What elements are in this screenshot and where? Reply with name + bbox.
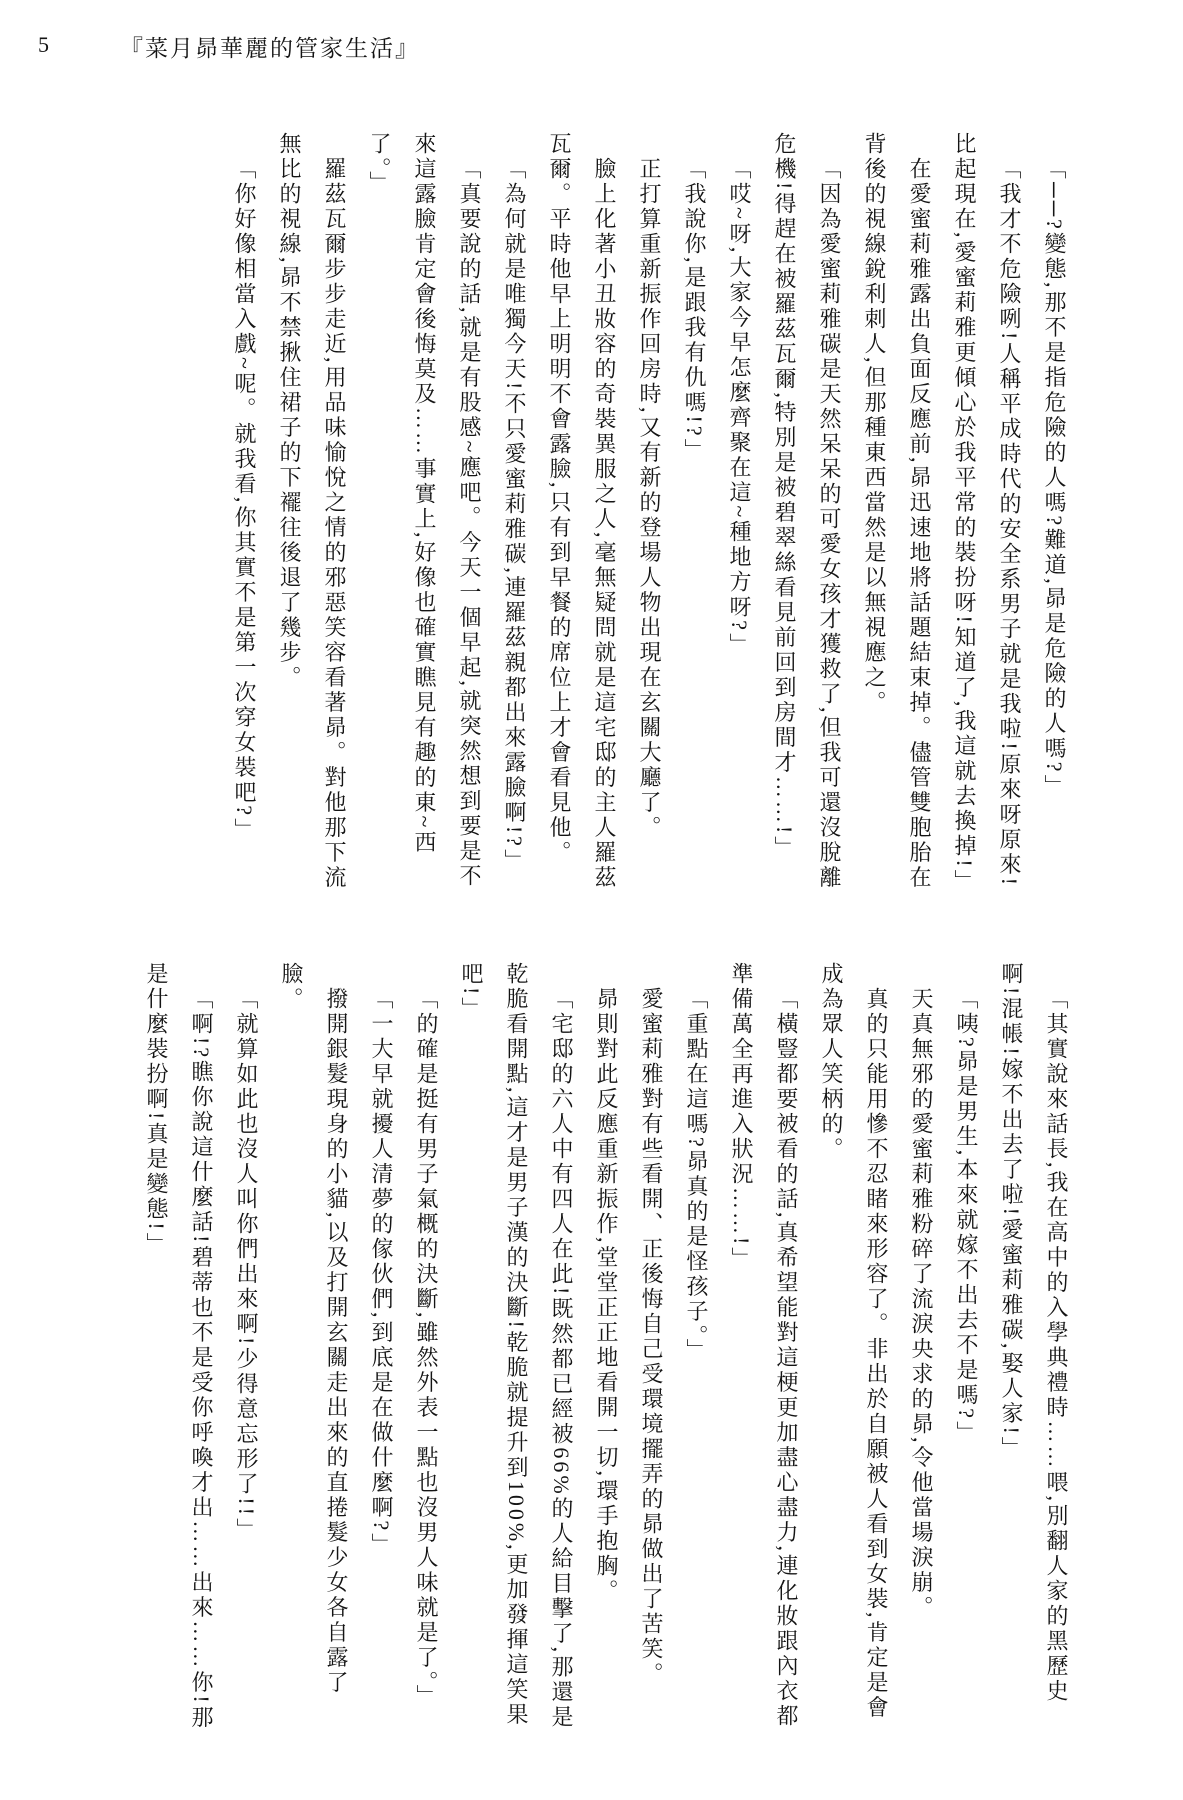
novel-paragraph: 「一大早就擾人清夢的傢伙們,到底是在做什麼啊?」 — [359, 962, 404, 1734]
page-number: 5 — [38, 32, 50, 58]
novel-paragraph: 「我才不危險咧!人稱平成時代的安全系男子就是我啦!原來呀原來!比起現在,愛蜜莉雅… — [942, 132, 1032, 902]
novel-paragraph: 「宅邸的六人中有四人在此!既然都已經被66%的人給目擊了,那還是乾脆看開點,這才… — [449, 962, 584, 1734]
text-block-bottom: 「其實說來話長,我在高中的入學典禮時……喂,別翻人家的黑歷史啊!混帳!嫁不出去了… — [129, 962, 1079, 1734]
novel-paragraph: 「其實說來話長,我在高中的入學典禮時……喂,別翻人家的黑歷史啊!混帳!嫁不出去了… — [989, 962, 1079, 1734]
novel-paragraph: 愛蜜莉雅對有些看開、正後悔自己受環境擺弄的昴做出了苦笑。 — [629, 962, 674, 1734]
novel-paragraph: 「為何就是唯獨今天!不只愛蜜莉雅碳,連羅茲親都出來露臉啊!?」 — [492, 132, 537, 902]
novel-paragraph: 「就算如此也沒人叫你們出來啊!少得意忘形了!!」 — [224, 962, 269, 1734]
novel-paragraph: 「的確是挺有男子氣概的決斷,雖然外表一點也沒男人味就是了。」 — [404, 962, 449, 1734]
novel-paragraph: 「哎~呀,大家今早怎麼齊聚在這~種地方呀?」 — [717, 132, 762, 902]
novel-paragraph: 在愛蜜莉雅露出負面反應前,昴迅速地將話題結束掉。儘管雙胞胎在背後的視線銳利刺人,… — [852, 132, 942, 902]
novel-paragraph: 「咦?昴是男生,本來就嫁不出去不是嗎?」 — [944, 962, 989, 1734]
novel-paragraph: 「──?變態,那不是指危險的人嗎?難道,昴是危險的人嗎?」 — [1032, 132, 1077, 902]
novel-paragraph: 天真無邪的愛蜜莉雅粉碎了流淚央求的昴,令他當場淚崩。 — [899, 962, 944, 1734]
novel-paragraph: 「因為愛蜜莉雅碳是天然呆呆的可愛女孩才獲救了,但我可還沒脫離危機!得趕在被羅茲瓦… — [762, 132, 852, 902]
novel-paragraph: 臉上化著小丑妝容的奇裝異服之人,毫無疑問就是這宅邸的主人羅茲瓦爾。平時他早上明明… — [537, 132, 627, 902]
novel-paragraph: 「真要說的話,就是有股感~應吧。今天一個早起,就突然想到要是不來這露臉肯定會後悔… — [357, 132, 492, 902]
novel-paragraph: 「橫豎都要被看的話,真希望能對這梗更加盡心盡力,連化妝跟內衣都準備萬全再進入狀況… — [719, 962, 809, 1734]
novel-paragraph: 真的只能用慘不忍睹來形容了。非出於自願被人看到女裝,肯定是會成為眾人笑柄的。 — [809, 962, 899, 1734]
book-title: 『菜月昴華麗的管家生活』 — [120, 30, 420, 63]
novel-paragraph: 「我說你,是跟我有仇嗎!?」 — [672, 132, 717, 902]
novel-paragraph: 羅茲瓦爾步步走近,用品味愉悅之情的邪惡笑容看著昴。對他那下流無比的視線,昴不禁揪… — [267, 132, 357, 902]
novel-paragraph: 昴則對此反應重新振作,堂堂正正地看開一切,環手抱胸。 — [584, 962, 629, 1734]
novel-page: 5 『菜月昴華麗的管家生活』 「──?變態,那不是指危險的人嗎?難道,昴是危險的… — [0, 0, 1183, 1800]
novel-paragraph: 「重點在這嗎?昴真的是怪孩子。」 — [674, 962, 719, 1734]
novel-paragraph: 正打算重新振作回房時,又有新的登場人物出現在玄關大廳了。 — [627, 132, 672, 902]
text-block-top: 「──?變態,那不是指危險的人嗎?難道,昴是危險的人嗎?」 「我才不危險咧!人稱… — [127, 132, 1077, 902]
page-header: 5 『菜月昴華麗的管家生活』 — [0, 26, 1183, 66]
novel-paragraph: 「你好像相當入戲~呢。就我看,你其實不是第一次穿女裝吧?」 — [222, 132, 267, 902]
novel-paragraph: 「啊!?瞧你說這什麼話!碧蒂也不是受你呼喚才出……出來……你!那是什麼裝扮啊!真… — [134, 962, 224, 1734]
novel-paragraph: 撥開銀髮現身的小貓,以及打開玄關走出來的直捲髮少女各自露了臉。 — [269, 962, 359, 1734]
